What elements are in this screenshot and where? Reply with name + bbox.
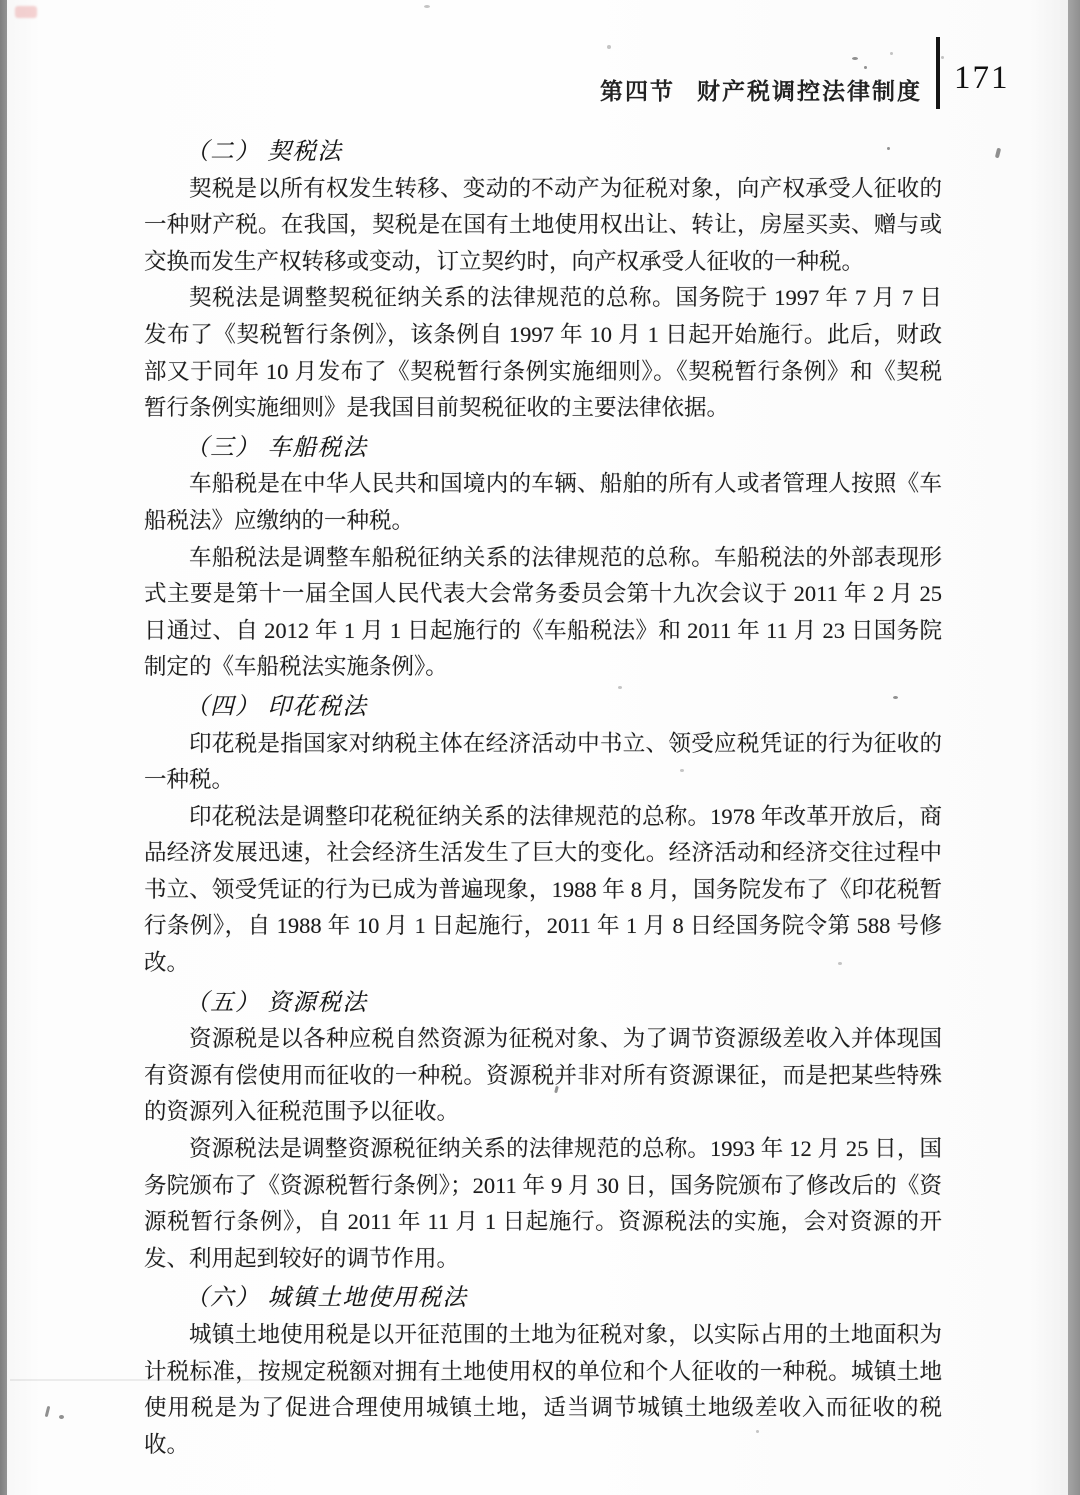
section-heading: （三） 车船税法 — [144, 430, 942, 467]
scan-speck — [890, 52, 893, 55]
scan-speck — [893, 696, 898, 699]
red-ink-smudge — [15, 6, 37, 18]
scan-speck — [887, 147, 890, 150]
scanner-edge-right — [1068, 0, 1080, 1495]
header-section-number: 第四节 — [600, 73, 675, 106]
scan-band-line — [10, 1379, 472, 1381]
paragraph: 车船税法是调整车船税征纳关系的法律规范的总称。车船税法的外部表现形式主要是第十一… — [144, 540, 942, 686]
body-text-column: （二） 契税法契税是以所有权发生转移、变动的不动产为征税对象，向产权承受人征收的… — [144, 131, 942, 1463]
scan-speck — [424, 5, 430, 8]
paragraph: 城镇土地使用税是以开征范围的土地为征税对象，以实际占用的土地面积为计税标准，按规… — [144, 1317, 942, 1463]
section-heading: （五） 资源税法 — [144, 985, 942, 1022]
paragraph: 车船税是在中华人民共和国境内的车辆、船舶的所有人或者管理人按照《车船税法》应缴纳… — [144, 466, 942, 539]
scan-speck — [45, 1406, 51, 1417]
paragraph: 契税是以所有权发生转移、变动的不动产为征税对象，向产权承受人征收的一种财产税。在… — [144, 171, 942, 281]
paragraph: 资源税是以各种应税自然资源为征税对象、为了调节资源级差收入并体现国有资源有偿使用… — [144, 1021, 942, 1131]
scan-speck — [607, 45, 611, 49]
scan-speck — [756, 1430, 759, 1433]
running-header: 第四节 财产税调控法律制度 — [600, 72, 922, 106]
scanner-edge-left — [0, 0, 7, 1495]
scan-speck — [941, 56, 944, 59]
paragraph: 契税法是调整契税征纳关系的法律规范的总称。国务院于 1997 年 7 月 7 日… — [144, 280, 942, 426]
scan-speck — [680, 769, 684, 772]
scan-speck — [618, 686, 622, 689]
section-heading: （二） 契税法 — [144, 134, 942, 171]
paragraph: 资源税法是调整资源税征纳关系的法律规范的总称。1993 年 12 月 25 日，… — [144, 1131, 942, 1277]
page-number: 171 — [954, 60, 1010, 97]
scan-speck — [852, 57, 858, 60]
section-heading: （四） 印花税法 — [144, 689, 942, 726]
paragraph: 印花税法是调整印花税征纳关系的法律规范的总称。1978 年改革开放后，商品经济发… — [144, 799, 942, 982]
paragraph: 印花税是指国家对纳税主体在经济活动中书立、领受应税凭证的行为征收的一种税。 — [144, 726, 942, 799]
section-heading: （六） 城镇土地使用税法 — [144, 1280, 942, 1317]
header-section-title: 财产税调控法律制度 — [697, 73, 922, 106]
scan-speck — [995, 148, 1001, 159]
scanned-book-page: 第四节 财产税调控法律制度 171 （二） 契税法契税是以所有权发生转移、变动的… — [0, 0, 1080, 1495]
scan-speck — [864, 66, 867, 69]
header-divider-rule — [936, 37, 940, 109]
scan-speck — [838, 962, 842, 965]
scan-speck — [59, 1415, 64, 1419]
